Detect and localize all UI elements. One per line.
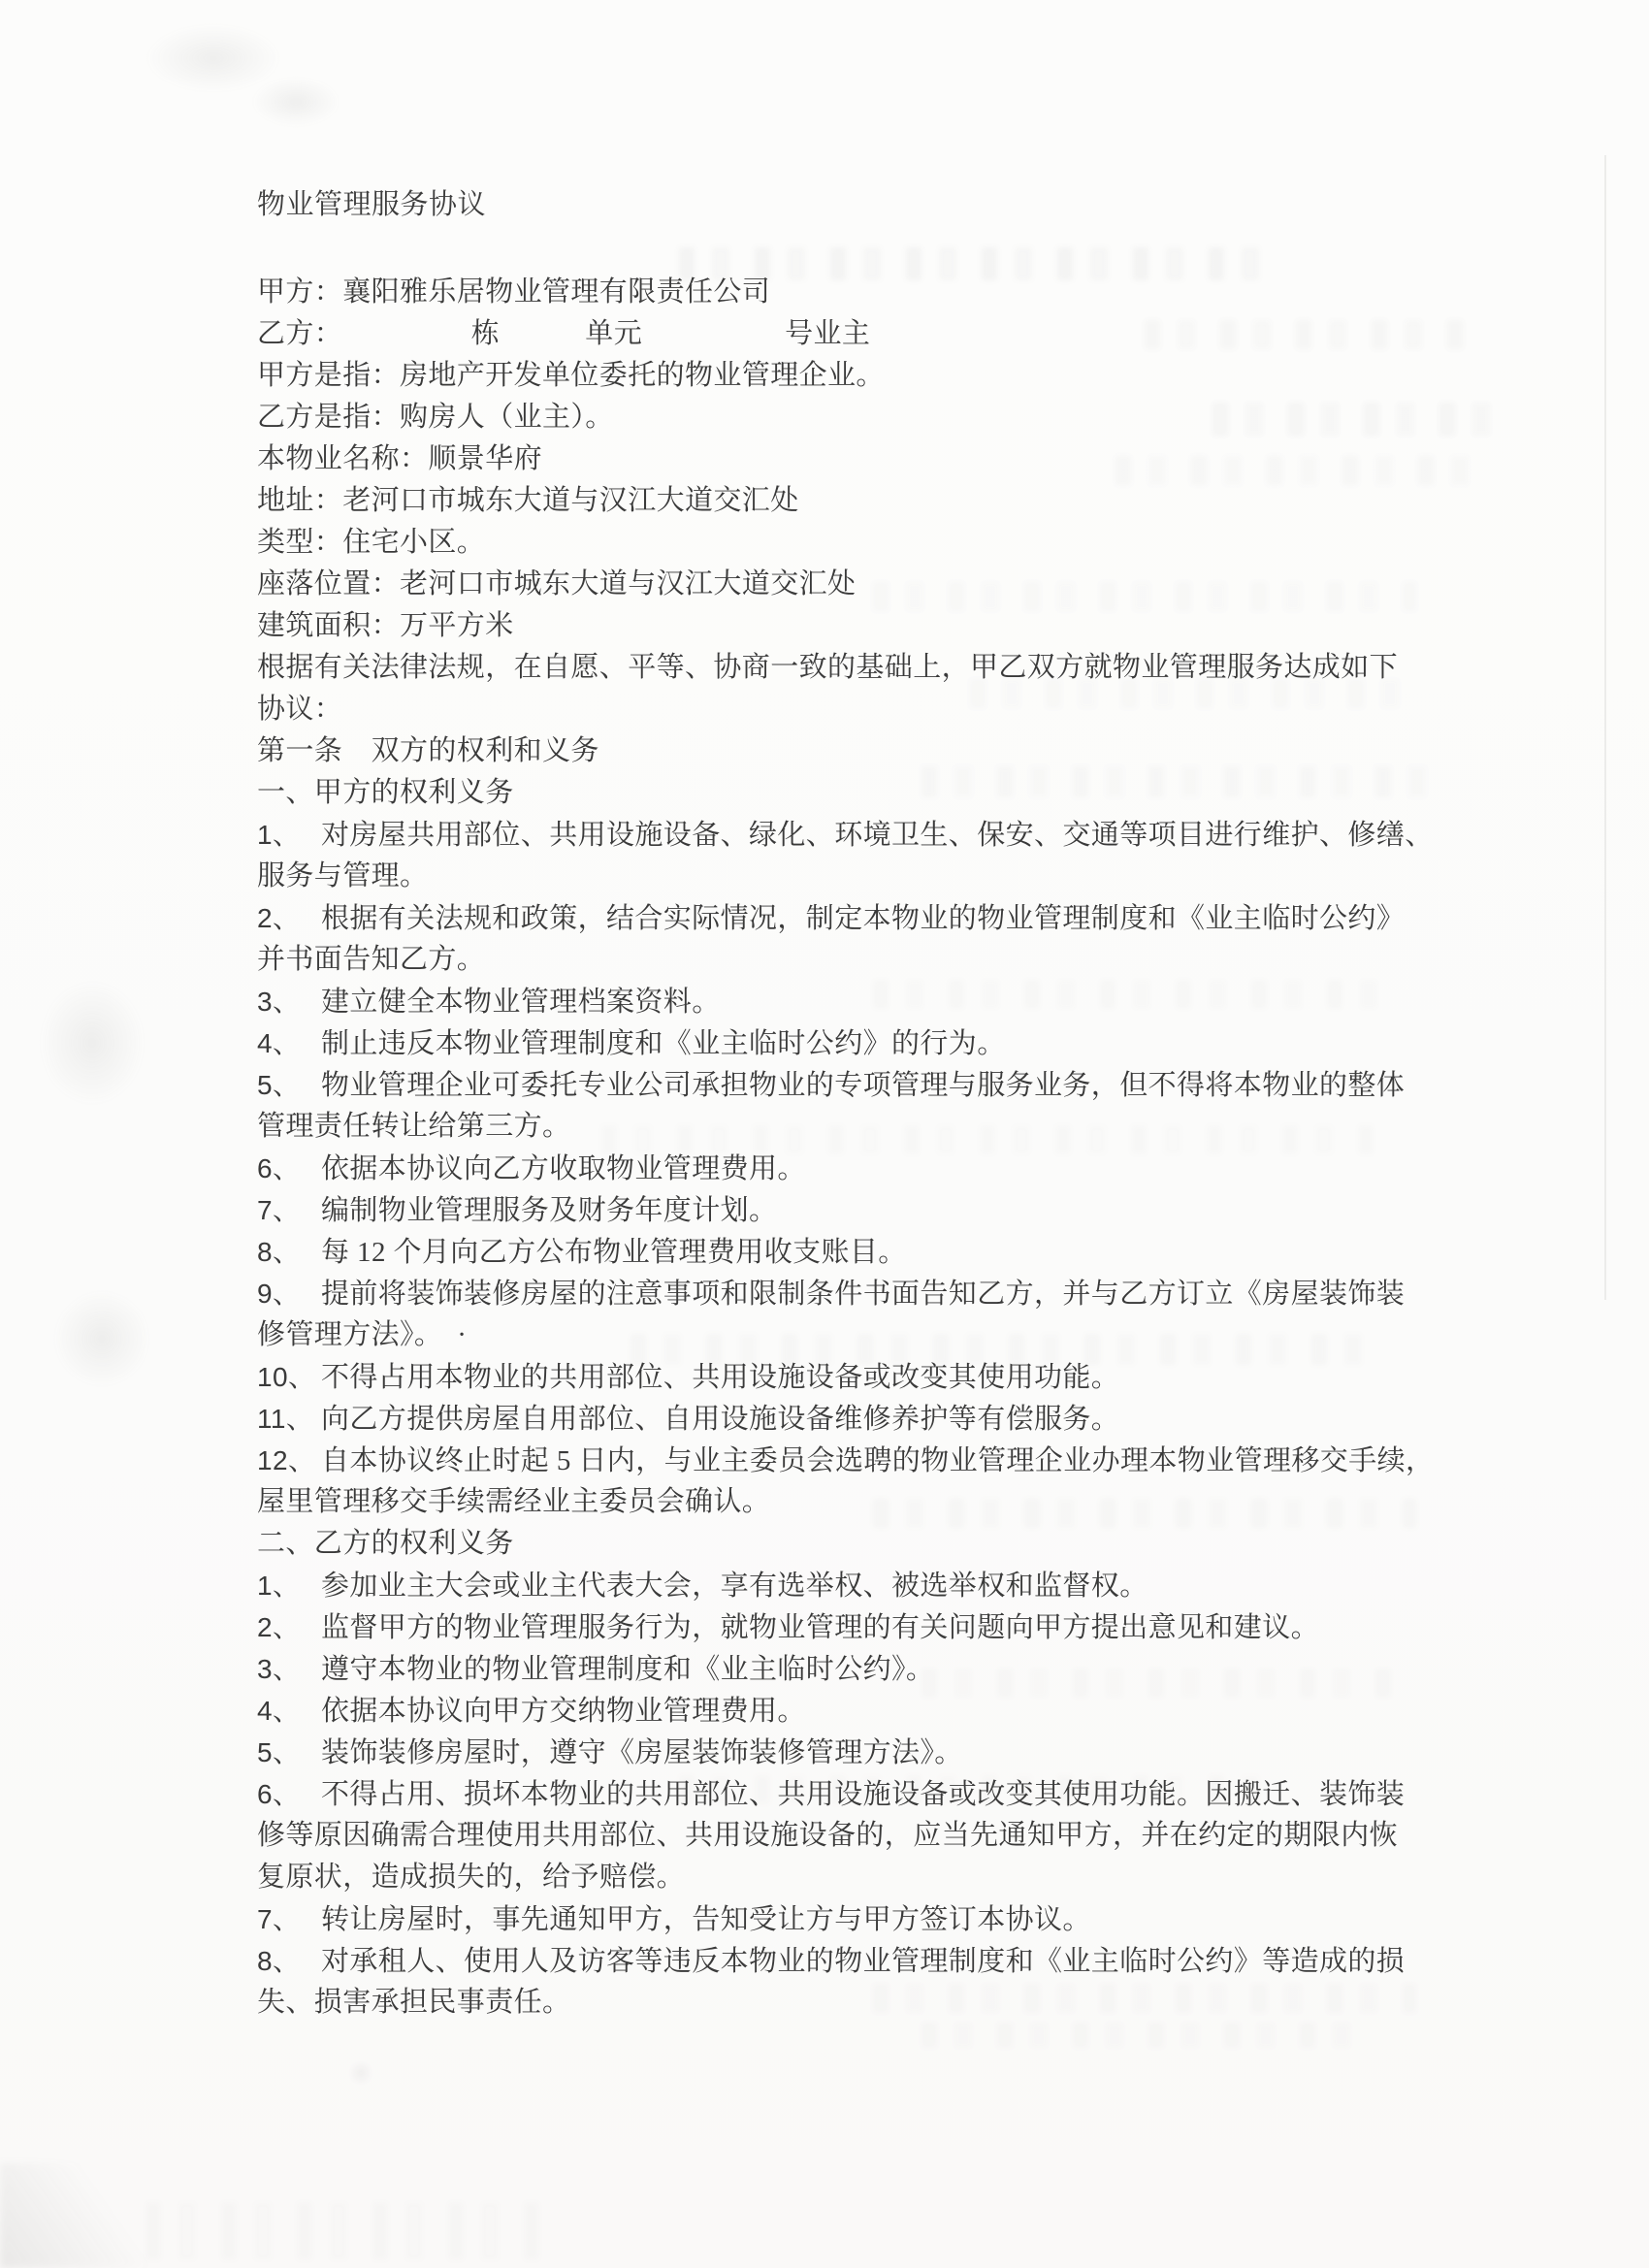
document-line: 本物业名称：顺景华府 [257, 438, 1479, 480]
document-line: 3、遵守本物业的物业管理制度和《业主临时公约》。 [257, 1648, 1479, 1690]
line-text: 遵守本物业的物业管理制度和《业主临时公约》。 [321, 1654, 934, 1685]
item-number: 5、 [257, 1732, 321, 1773]
document-line: 并书面告知乙方。 [257, 939, 1479, 981]
line-text: 建筑面积：万平方米 [257, 610, 514, 641]
document-line: 失、损害承担民事责任。 [257, 1982, 1479, 2024]
line-text: 并书面告知乙方。 [257, 944, 485, 975]
line-text: 对承租人、使用人及访客等违反本物业的物业管理制度和《业主临时公约》等造成的损 [321, 1946, 1405, 1977]
line-text: 根据有关法规和政策，结合实际情况，制定本物业的物业管理制度和《业主临时公约》 [321, 903, 1405, 934]
item-number: 1、 [257, 814, 321, 856]
document-line: 根据有关法律法规，在自愿、平等、协商一致的基础上，甲乙双方就物业管理服务达成如下 [257, 647, 1479, 689]
document-body: 甲方：襄阳雅乐居物业管理有限责任公司乙方： 栋 单元 号业主甲方是指：房地产开发… [257, 272, 1479, 2024]
line-text: 复原状，造成损失的，给予赔偿。 [257, 1862, 685, 1893]
item-number: 6、 [257, 1773, 321, 1815]
document-line: 10、不得占用本物业的共用部位、共用设施设备或改变其使用功能。 [257, 1356, 1479, 1398]
document-line: 6、不得占用、损坏本物业的共用部位、共用设施设备或改变其使用功能。因搬迁、装饰装 [257, 1773, 1479, 1815]
line-text: 第一条 双方的权利和义务 [257, 735, 599, 766]
item-number: 9、 [257, 1273, 321, 1314]
document-line: 5、装饰装修房屋时，遵守《房屋装饰装修管理方法》。 [257, 1732, 1479, 1773]
line-text: 二、乙方的权利义务 [257, 1528, 514, 1559]
item-number: 8、 [257, 1940, 321, 1982]
document-line: 乙方是指：购房人（业主）。 [257, 397, 1479, 438]
document-line: 4、依据本协议向甲方交纳物业管理费用。 [257, 1690, 1479, 1732]
document-line: 第一条 双方的权利和义务 [257, 730, 1479, 772]
document-line: 8、对承租人、使用人及访客等违反本物业的物业管理制度和《业主临时公约》等造成的损 [257, 1940, 1479, 1982]
scanned-document-page: 物业管理服务协议 甲方：襄阳雅乐居物业管理有限责任公司乙方： 栋 单元 号业主甲… [0, 0, 1649, 2268]
line-text: 向乙方提供房屋自用部位、自用设施设备维修养护等有偿服务。 [321, 1404, 1119, 1435]
document-line: 座落位置：老河口市城东大道与汉江大道交汇处 [257, 564, 1479, 605]
line-text: 屋里管理移交手续需经业主委员会确认。 [257, 1486, 770, 1517]
scan-artifact [0, 2163, 165, 2268]
scan-artifact [349, 2061, 372, 2085]
document-line: 9、提前将装饰装修房屋的注意事项和限制条件书面告知乙方，并与乙方订立《房屋装饰装 [257, 1273, 1479, 1314]
document-line: 2、监督甲方的物业管理服务行为，就物业管理的有关问题向甲方提出意见和建议。 [257, 1606, 1479, 1648]
line-text: 编制物业管理服务及财务年度计划。 [321, 1195, 777, 1226]
document-line: 2、根据有关法规和政策，结合实际情况，制定本物业的物业管理制度和《业主临时公约》 [257, 897, 1479, 939]
line-text: 座落位置：老河口市城东大道与汉江大道交汇处 [257, 568, 856, 599]
line-text: 转让房屋时，事先通知甲方，告知受让方与甲方签订本协议。 [321, 1904, 1091, 1935]
line-text: 修等原因确需合理使用共用部位、共用设施设备的，应当先通知甲方，并在约定的期限内恢 [257, 1820, 1398, 1851]
line-text: 自本协议终止时起 5 日内，与业主委员会选聘的物业管理企业办理本物业管理移交手续… [321, 1445, 1434, 1476]
line-text: 不得占用本物业的共用部位、共用设施设备或改变其使用功能。 [321, 1362, 1119, 1393]
item-number: 11、 [257, 1398, 321, 1440]
line-text: 协议： [257, 694, 342, 725]
item-number: 2、 [257, 897, 321, 939]
document-line: 类型：住宅小区。 [257, 522, 1479, 564]
document-line: 修管理方法》。 · [257, 1314, 1479, 1356]
page-edge-line [1604, 155, 1606, 1300]
line-text: 不得占用、损坏本物业的共用部位、共用设施设备或改变其使用功能。因搬迁、装饰装 [321, 1779, 1405, 1810]
line-text: 甲方是指：房地产开发单位委托的物业管理企业。 [257, 360, 885, 391]
document-line: 协议： [257, 689, 1479, 730]
line-text: 装饰装修房屋时，遵守《房屋装饰装修管理方法》。 [321, 1737, 963, 1768]
document-line: 11、向乙方提供房屋自用部位、自用设施设备维修养护等有偿服务。 [257, 1398, 1479, 1440]
document-title: 物业管理服务协议 [257, 184, 486, 226]
scan-artifact [145, 24, 281, 92]
item-number: 3、 [257, 981, 321, 1022]
document-line: 1、参加业主大会或业主代表大会，享有选举权、被选举权和监督权。 [257, 1565, 1479, 1606]
document-line: 1、对房屋共用部位、共用设施设备、绿化、环境卫生、保安、交通等项目进行维护、修缮… [257, 814, 1479, 856]
item-number: 5、 [257, 1064, 321, 1106]
document-line: 4、制止违反本物业管理制度和《业主临时公约》的行为。 [257, 1022, 1479, 1064]
document-line: 乙方： 栋 单元 号业主 [257, 313, 1479, 355]
document-line: 管理责任转让给第三方。 [257, 1106, 1479, 1148]
item-number: 4、 [257, 1690, 321, 1732]
item-number: 6、 [257, 1148, 321, 1189]
document-line: 复原状，造成损失的，给予赔偿。 [257, 1857, 1479, 1898]
scan-artifact [252, 78, 339, 126]
line-text: 依据本协议向甲方交纳物业管理费用。 [321, 1696, 806, 1727]
line-text: 服务与管理。 [257, 860, 428, 891]
line-text: 失、损害承担民事责任。 [257, 1987, 570, 2018]
line-text: 管理责任转让给第三方。 [257, 1111, 570, 1142]
document-line: 屋里管理移交手续需经业主委员会确认。 [257, 1481, 1479, 1523]
item-number: 2、 [257, 1606, 321, 1648]
document-line: 6、依据本协议向乙方收取物业管理费用。 [257, 1148, 1479, 1189]
line-text: 制止违反本物业管理制度和《业主临时公约》的行为。 [321, 1028, 1006, 1059]
document-line: 修等原因确需合理使用共用部位、共用设施设备的，应当先通知甲方，并在约定的期限内恢 [257, 1815, 1479, 1857]
item-number: 8、 [257, 1231, 321, 1273]
line-text: 监督甲方的物业管理服务行为，就物业管理的有关问题向甲方提出意见和建议。 [321, 1612, 1319, 1643]
scan-artifact [53, 1290, 150, 1387]
document-line: 服务与管理。 [257, 856, 1479, 897]
line-text: 甲方：襄阳雅乐居物业管理有限责任公司 [257, 276, 770, 308]
line-text: 对房屋共用部位、共用设施设备、绿化、环境卫生、保安、交通等项目进行维护、修缮、 [321, 820, 1434, 851]
line-text: 根据有关法律法规，在自愿、平等、协商一致的基础上，甲乙双方就物业管理服务达成如下 [257, 652, 1398, 683]
document-line: 5、物业管理企业可委托专业公司承担物业的专项管理与服务业务，但不得将本物业的整体 [257, 1064, 1479, 1106]
scan-artifact [921, 2023, 1368, 2048]
document-line: 二、乙方的权利义务 [257, 1523, 1479, 1565]
line-text: 乙方： 栋 单元 号业主 [257, 318, 870, 349]
line-text: 依据本协议向乙方收取物业管理费用。 [321, 1153, 806, 1184]
document-line: 地址：老河口市城东大道与汉江大道交汇处 [257, 480, 1479, 522]
item-number: 1、 [257, 1565, 321, 1606]
item-number: 10、 [257, 1356, 321, 1398]
line-text: 建立健全本物业管理档案资料。 [321, 987, 721, 1018]
document-line: 建筑面积：万平方米 [257, 605, 1479, 647]
item-number: 3、 [257, 1648, 321, 1690]
line-text: 一、甲方的权利义务 [257, 777, 514, 808]
document-line: 一、甲方的权利义务 [257, 772, 1479, 814]
item-number: 7、 [257, 1898, 321, 1940]
line-text: 修管理方法》。 · [257, 1319, 467, 1350]
scan-artifact [39, 980, 145, 1106]
line-text: 地址：老河口市城东大道与汉江大道交汇处 [257, 485, 799, 516]
line-text: 每 12 个月向乙方公布物业管理费用收支账目。 [321, 1237, 907, 1268]
line-text: 参加业主大会或业主代表大会，享有选举权、被选举权和监督权。 [321, 1571, 1148, 1602]
document-line: 7、转让房屋时，事先通知甲方，告知受让方与甲方签订本协议。 [257, 1898, 1479, 1940]
line-text: 乙方是指：购房人（业主）。 [257, 402, 614, 433]
line-text: 类型：住宅小区。 [257, 527, 485, 558]
document-line: 甲方：襄阳雅乐居物业管理有限责任公司 [257, 272, 1479, 313]
document-line: 3、建立健全本物业管理档案资料。 [257, 981, 1479, 1022]
line-text: 提前将装饰装修房屋的注意事项和限制条件书面告知乙方，并与乙方订立《房屋装饰装 [321, 1279, 1405, 1310]
item-number: 7、 [257, 1189, 321, 1231]
document-line: 甲方是指：房地产开发单位委托的物业管理企业。 [257, 355, 1479, 397]
item-number: 4、 [257, 1022, 321, 1064]
line-text: 本物业名称：顺景华府 [257, 443, 542, 474]
document-line: 7、编制物业管理服务及财务年度计划。 [257, 1189, 1479, 1231]
document-line: 8、每 12 个月向乙方公布物业管理费用收支账目。 [257, 1231, 1479, 1273]
item-number: 12、 [257, 1440, 321, 1481]
line-text: 物业管理企业可委托专业公司承担物业的专项管理与服务业务，但不得将本物业的整体 [321, 1070, 1405, 1101]
scan-artifact [145, 2202, 553, 2260]
document-line: 12、自本协议终止时起 5 日内，与业主委员会选聘的物业管理企业办理本物业管理移… [257, 1440, 1479, 1481]
